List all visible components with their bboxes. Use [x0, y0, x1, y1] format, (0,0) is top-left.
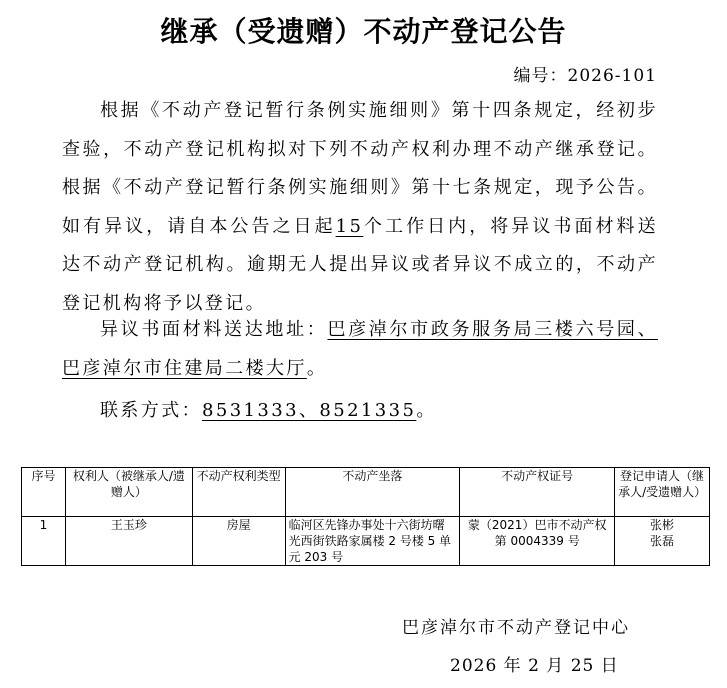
contact-label: 联系方式：: [100, 400, 202, 421]
cell-location: 临河区先锋办事处十六街坊曙光西街铁路家属楼 2 号楼 5 单元 203 号: [285, 517, 460, 566]
table-row: 1 王玉珍 房屋 临河区先锋办事处十六街坊曙光西街铁路家属楼 2 号楼 5 单元…: [22, 517, 710, 566]
contact-end: 。: [416, 400, 436, 421]
announcement-paragraph: 根据《不动产登记暂行条例实施细则》第十四条规定，经初步查验，不动产登记机构拟对下…: [62, 92, 658, 323]
applicant-name: 张彬: [618, 517, 706, 533]
address-paragraph: 异议书面材料送达地址：巴彦淖尔市政务服务局三楼六号园、 巴彦淖尔市住建局二楼大厅…: [62, 311, 658, 388]
table-header-row: 序号 权利人（被继承人/遗赠人） 不动产权利类型 不动产坐落 不动产权证号 登记…: [22, 468, 710, 517]
applicant-name: 张磊: [618, 533, 706, 549]
header-right-type: 不动产权利类型: [192, 468, 285, 517]
contact-value: 8531333、8521335: [202, 400, 416, 421]
cell-no: 1: [22, 517, 66, 566]
objection-days: 15: [336, 216, 364, 237]
header-owner: 权利人（被继承人/遗赠人）: [65, 468, 192, 517]
document-number: 编号：2026-101: [514, 64, 657, 88]
issue-date: 2026 年 2 月 25 日: [450, 654, 619, 678]
contact-paragraph: 联系方式：8531333、8521335。: [100, 392, 660, 431]
cell-certificate: 蒙（2021）巴市不动产权第 0004339 号: [460, 517, 615, 566]
header-no: 序号: [22, 468, 66, 517]
cell-owner: 王玉珍: [65, 517, 192, 566]
header-certificate: 不动产权证号: [460, 468, 615, 517]
registration-table: 序号 权利人（被继承人/遗赠人） 不动产权利类型 不动产坐落 不动产权证号 登记…: [21, 467, 710, 566]
address-end: 。: [307, 358, 327, 379]
issuing-organization: 巴彦淖尔市不动产登记中心: [402, 616, 630, 640]
cell-applicant: 张彬张磊: [615, 517, 710, 566]
page-title: 继承（受遗赠）不动产登记公告: [0, 12, 727, 52]
cell-right-type: 房屋: [192, 517, 285, 566]
header-applicant: 登记申请人（继承人/受遗赠人）: [615, 468, 710, 517]
address-label: 异议书面材料送达地址：: [100, 319, 327, 340]
header-location: 不动产坐落: [285, 468, 460, 517]
